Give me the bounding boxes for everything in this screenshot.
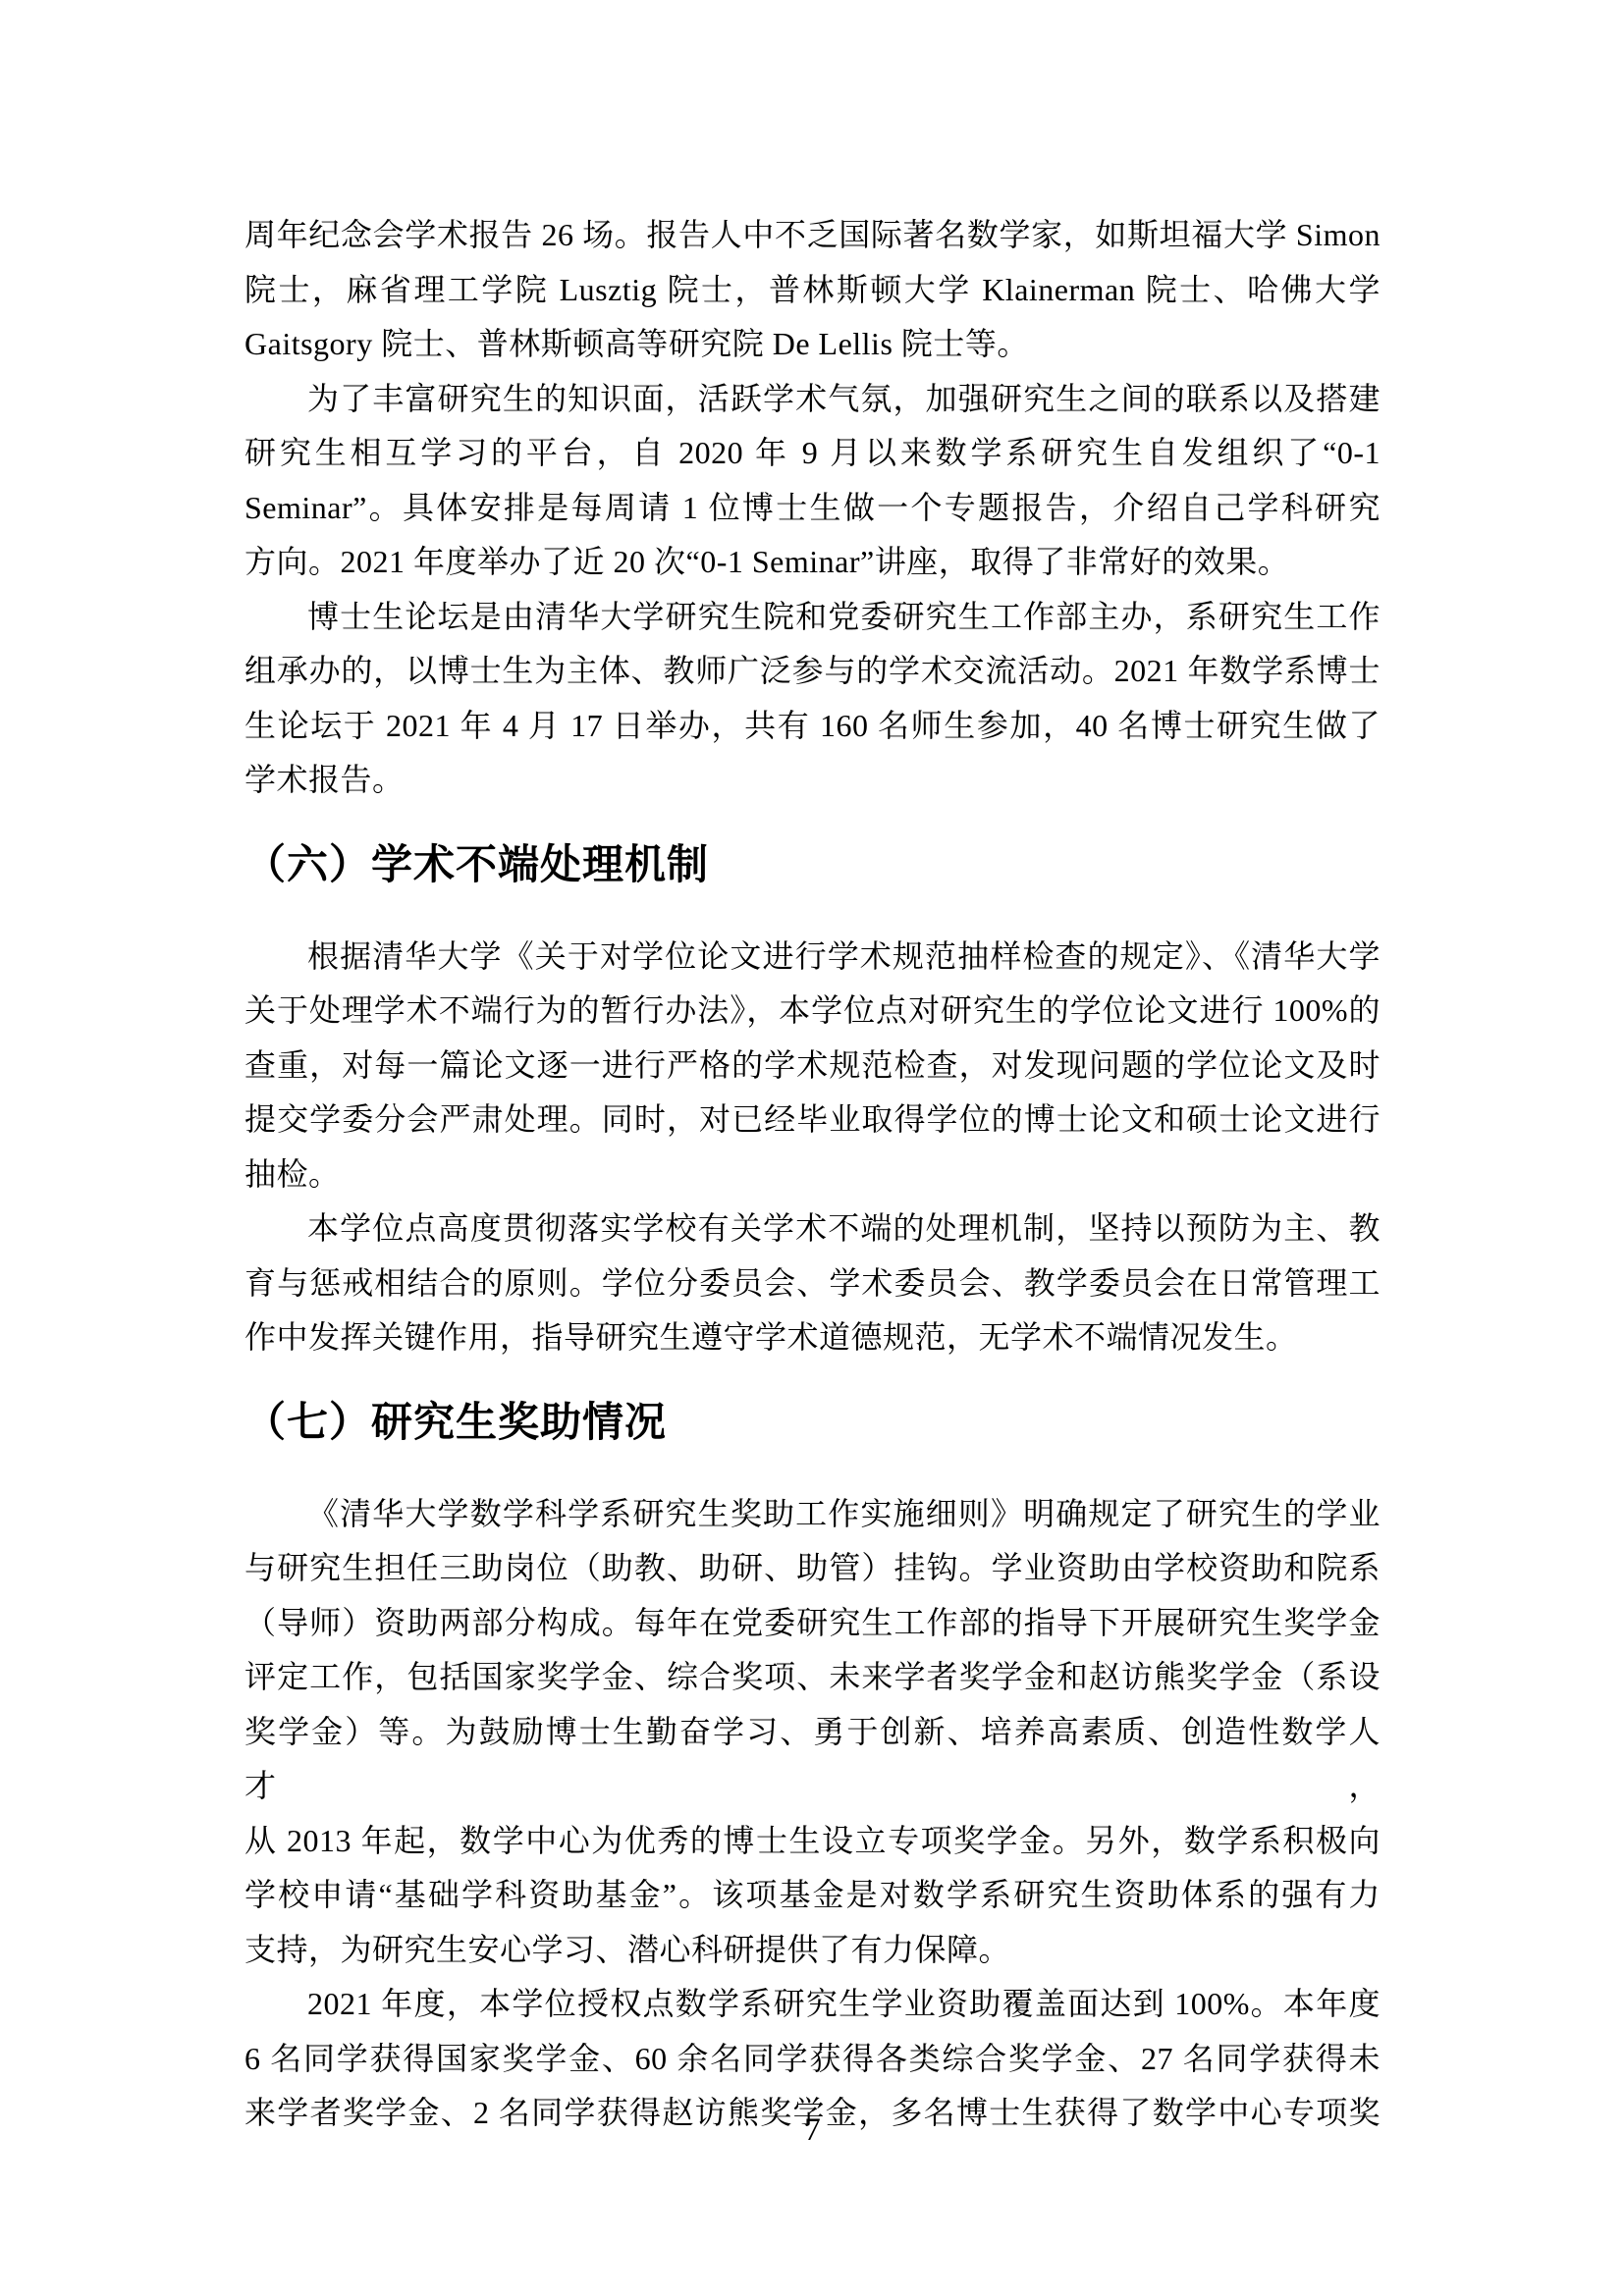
text-line: 育与惩戒相结合的原则。学位分委员会、学术委员会、教学委员会在日常管理工 [244, 1256, 1380, 1311]
paragraph: 根据清华大学《关于对学位论文进行学术规范抽样检查的规定》、《清华大学关于处理学术… [244, 930, 1380, 1202]
text-line: 从 2013 年起，数学中心为优秀的博士生设立专项奖学金。另外，数学系积极向 [244, 1814, 1380, 1869]
text-line: 本学位点高度贯彻落实学校有关学术不端的处理机制，坚持以预防为主、教 [244, 1201, 1380, 1256]
paragraph: 《清华大学数学科学系研究生奖助工作实施细则》明确规定了研究生的学业与研究生担任三… [244, 1487, 1380, 1978]
paragraph: 博士生论坛是由清华大学研究生院和党委研究生工作部主办，系研究生工作组承办的，以博… [244, 590, 1380, 808]
text-line: 2021 年度，本学位授权点数学系研究生学业资助覆盖面达到 100%。本年度 [244, 1977, 1380, 2032]
text-line: 评定工作，包括国家奖学金、综合奖项、未来学者奖学金和赵访熊奖学金（系设 [244, 1650, 1380, 1705]
text-line: 提交学委分会严肃处理。同时，对已经毕业取得学位的博士论文和硕士论文进行 [244, 1093, 1380, 1148]
text-line: 关于处理学术不端行为的暂行办法》，本学位点对研究生的学位论文进行 100%的 [244, 984, 1380, 1039]
text-line: 周年纪念会学术报告 26 场。报告人中不乏国际著名数学家，如斯坦福大学 Simo… [244, 208, 1380, 263]
text-line: Seminar”。具体安排是每周请 1 位博士生做一个专题报告，介绍自己学科研究 [244, 481, 1380, 536]
paragraph: 周年纪念会学术报告 26 场。报告人中不乏国际著名数学家，如斯坦福大学 Simo… [244, 208, 1380, 372]
paragraph: 为了丰富研究生的知识面，活跃学术气氛，加强研究生之间的联系以及搭建研究生相互学习… [244, 372, 1380, 590]
text-line: 学术报告。 [244, 753, 1380, 808]
document-page: 周年纪念会学术报告 26 场。报告人中不乏国际著名数学家，如斯坦福大学 Simo… [0, 0, 1624, 2296]
section-heading: （六）学术不端处理机制 [244, 834, 1380, 895]
text-line: 《清华大学数学科学系研究生奖助工作实施细则》明确规定了研究生的学业 [244, 1487, 1380, 1542]
text-line: 作中发挥关键作用，指导研究生遵守学术道德规范，无学术不端情况发生。 [244, 1310, 1380, 1365]
text-line: Gaitsgory 院士、普林斯顿高等研究院 De Lellis 院士等。 [244, 317, 1380, 372]
text-line: 根据清华大学《关于对学位论文进行学术规范抽样检查的规定》、《清华大学 [244, 930, 1380, 985]
text-line: 组承办的，以博士生为主体、教师广泛参与的学术交流活动。2021 年数学系博士 [244, 644, 1380, 699]
text-line: 博士生论坛是由清华大学研究生院和党委研究生工作部主办，系研究生工作 [244, 590, 1380, 645]
text-line: （导师）资助两部分构成。每年在党委研究生工作部的指导下开展研究生奖学金 [244, 1596, 1380, 1651]
section-heading: （七）研究生奖助情况 [244, 1392, 1380, 1453]
text-line: 学校申请“基础学科资助基金”。该项基金是对数学系研究生资助体系的强有力 [244, 1868, 1380, 1923]
text-line: 生论坛于 2021 年 4 月 17 日举办，共有 160 名师生参加，40 名… [244, 699, 1380, 754]
text-line: 支持，为研究生安心学习、潜心科研提供了有力保障。 [244, 1923, 1380, 1978]
text-line: 奖学金）等。为鼓励博士生勤奋学习、勇于创新、培养高素质、创造性数学人才， [244, 1705, 1380, 1814]
text-line: 查重，对每一篇论文逐一进行严格的学术规范检查，对发现问题的学位论文及时 [244, 1039, 1380, 1094]
text-line: 院士，麻省理工学院 Lusztig 院士，普林斯顿大学 Klainerman 院… [244, 263, 1380, 318]
paragraph: 本学位点高度贯彻落实学校有关学术不端的处理机制，坚持以预防为主、教育与惩戒相结合… [244, 1201, 1380, 1365]
text-line: 为了丰富研究生的知识面，活跃学术气氛，加强研究生之间的联系以及搭建 [244, 372, 1380, 427]
text-line: 6 名同学获得国家奖学金、60 余名同学获得各类综合奖学金、27 名同学获得未 [244, 2032, 1380, 2087]
text-line: 与研究生担任三助岗位（助教、助研、助管）挂钩。学业资助由学校资助和院系 [244, 1541, 1380, 1596]
document-content: 周年纪念会学术报告 26 场。报告人中不乏国际著名数学家，如斯坦福大学 Simo… [244, 208, 1380, 2141]
text-line: 方向。2021 年度举办了近 20 次“0-1 Seminar”讲座，取得了非常… [244, 535, 1380, 590]
page-number: 7 [244, 2110, 1380, 2150]
text-line: 抽检。 [244, 1148, 1380, 1202]
text-line: 研究生相互学习的平台，自 2020 年 9 月以来数学系研究生自发组织了“0-1 [244, 426, 1380, 481]
